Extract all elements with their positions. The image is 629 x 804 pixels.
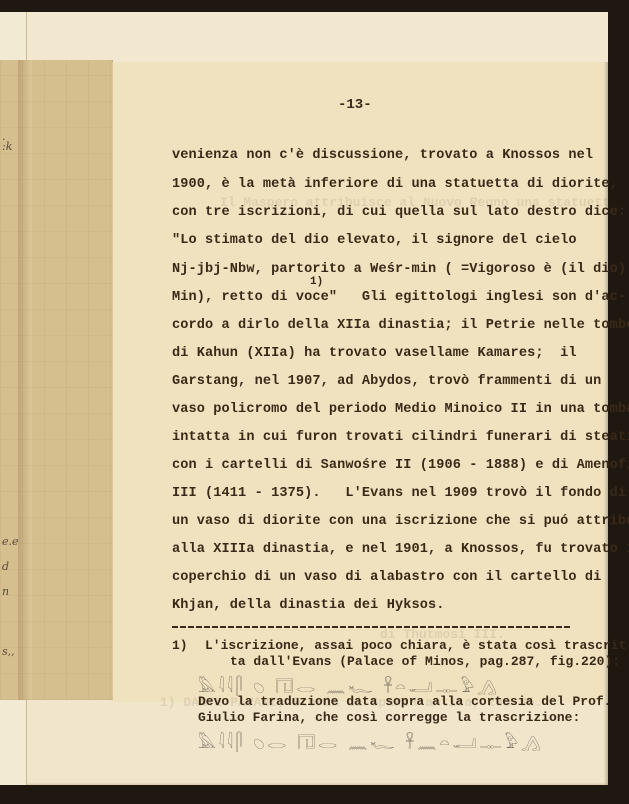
body-line: Khjan, della dinastia dei Hyksos. — [172, 598, 445, 613]
body-line: alla XIIIa dinastia, e nel 1901, a Knoss… — [172, 542, 629, 557]
body-line: Min), retto di voce" Gli egittologi ingl… — [172, 290, 626, 305]
margin-handwriting: n — [2, 585, 9, 598]
footnote-marker: 1) — [310, 276, 323, 288]
page-top-margin — [0, 12, 608, 62]
body-line: intatta in cui furon trovati cilindri fu… — [172, 430, 629, 445]
body-line: di Kahun (XIIa) ha trovato vasellame Kam… — [172, 346, 577, 361]
body-line: III (1411 - 1375). L'Evans nel 1909 trov… — [172, 486, 626, 501]
footnote-line: Giulio Farina, che così corregge la tras… — [198, 710, 580, 725]
margin-handwriting: e.e — [2, 535, 19, 548]
hieroglyph-transcription-farina: 𓅓𓇋𓇋𓋴 𓆇𓂋 𓉔𓂋 𓈖𓆑 𓋹𓈖𓏏𓂝𓊃𓅱𓂻 — [198, 728, 544, 754]
footnote-number: 1) — [172, 638, 188, 653]
body-line: vaso policromo del periodo Medio Minoico… — [172, 402, 629, 417]
body-line: con i cartelli di Sanwośre II (1906 - 18… — [172, 458, 629, 473]
footnote-line: ta dall'Evans (Palace of Minos, pag.287,… — [230, 654, 620, 669]
body-line: Nj-jbj-Nbw, partorito a Weśr-min ( =Vigo… — [172, 262, 626, 277]
body-line: con tre iscrizioni, di cui quella sul la… — [172, 205, 626, 220]
page-number: -13- — [338, 97, 372, 113]
body-line: Garstang, nel 1907, ad Abydos, trovò fra… — [172, 374, 601, 389]
body-line: 1900, è la metà inferiore di una statuet… — [172, 177, 618, 192]
margin-handwriting: d — [2, 560, 9, 573]
body-line: coperchio di un vaso di alabastro con il… — [172, 570, 601, 585]
footnote-line: L'iscrizione, assai poco chiara, è stata… — [205, 638, 629, 653]
body-line: un vaso di diorite con una iscrizione ch… — [172, 514, 629, 529]
tape-fold-shadow — [18, 60, 32, 700]
adhesive-tape-overlay — [0, 60, 113, 700]
margin-handwriting: s,, — [2, 645, 15, 658]
footnote-divider — [172, 626, 572, 628]
footnote-line: Devo la traduzione data sopra alla corte… — [198, 694, 611, 709]
margin-handwriting: :k — [2, 140, 12, 153]
body-line: "Lo stimato del dio elevato, il signore … — [172, 233, 577, 248]
body-line: venienza non c'è discussione, trovato a … — [172, 148, 593, 163]
body-line: cordo a dirlo della XIIa dinastia; il Pe… — [172, 318, 629, 333]
